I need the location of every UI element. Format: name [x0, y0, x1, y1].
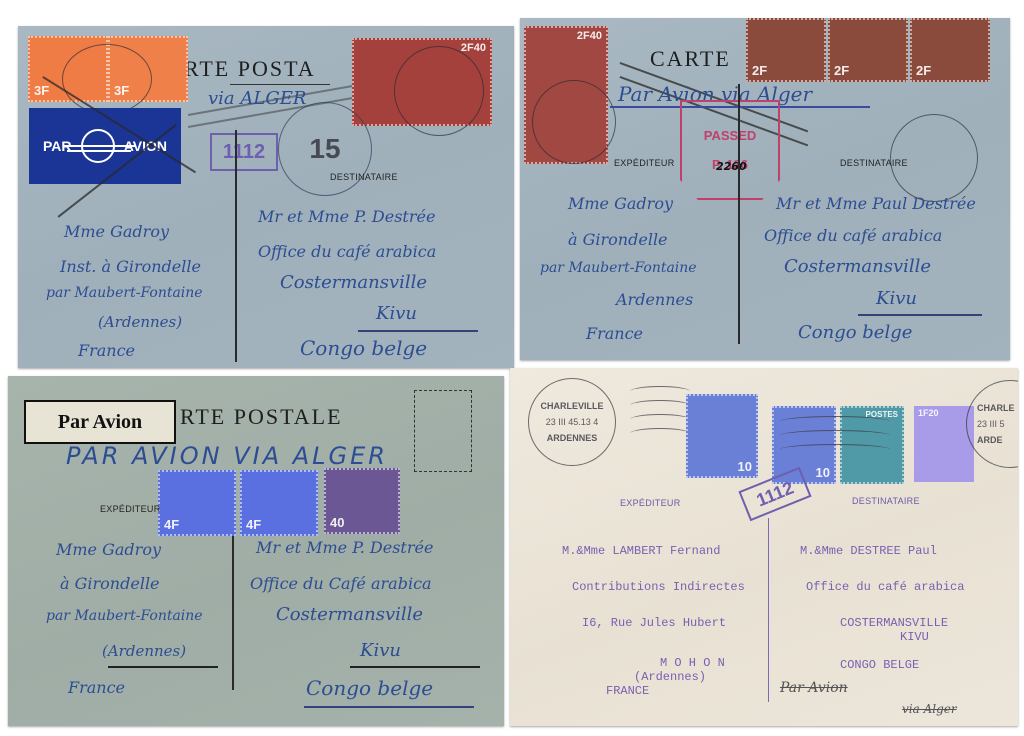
sender-line: France — [78, 341, 135, 360]
sender-label: EXPÉDITEUR — [620, 498, 681, 508]
cancel-wave — [780, 430, 890, 441]
title-underline — [230, 84, 330, 85]
divider — [738, 84, 740, 344]
card-title: RTE POSTA — [184, 56, 316, 82]
cancel-wave — [780, 444, 890, 455]
divider — [235, 130, 237, 362]
recipient-line: Office du café arabica — [764, 226, 942, 245]
recipient-line: CONGO BELGE — [840, 658, 919, 672]
handwritten-note: via Alger — [902, 702, 957, 716]
stamp-placeholder-box — [414, 390, 472, 472]
stamp-imprinted: 1F20 — [914, 406, 974, 482]
cancel-wave — [630, 386, 690, 397]
sender-line: Mme Gadroy — [64, 222, 169, 241]
recipient-label: DESTINATAIRE — [330, 172, 398, 182]
recipient-line: Office du Café arabica — [250, 574, 432, 593]
sender-line: par Maubert-Fontaine — [540, 260, 697, 276]
sender-line: France — [586, 324, 643, 343]
postcard-4: CHARLEVILLE 23 III 45.13 4 ARDENNES 10 1… — [510, 368, 1018, 726]
air-mail-label: PAR AVION — [29, 108, 181, 184]
sender-line: Contributions Indirectes — [572, 580, 745, 594]
stamp: 4F — [158, 470, 236, 536]
cancel-wave — [630, 414, 690, 425]
recipient-label: DESTINATAIRE — [840, 158, 908, 168]
sender-line: par Maubert-Fontaine — [46, 285, 203, 301]
cancel-wave — [630, 428, 690, 439]
underline — [304, 706, 474, 708]
postmark — [62, 44, 152, 114]
globe-wings-icon — [81, 129, 115, 163]
route-handwritten: PAR AVION VIA ALGER — [66, 442, 388, 470]
recipient-line: Kivu — [376, 303, 417, 324]
postcard-2: CARTE 2F40 2F 2F 2F Par Avion via Alger … — [520, 18, 1010, 360]
card-title: RTE POSTALE — [180, 404, 343, 430]
sender-label: EXPÉDITEUR — [614, 158, 675, 168]
recipient-line: Mr et Mme Paul Destrée — [776, 194, 976, 213]
sender-line: à Girondelle — [60, 574, 160, 593]
sender-line: par Maubert-Fontaine — [46, 608, 203, 624]
stamp: 2F — [828, 18, 908, 82]
recipient-label: DESTINATAIRE — [852, 496, 920, 506]
recipient-line: Costermansville — [276, 604, 423, 625]
recipient-line: Mr et Mme P. Destrée — [256, 538, 433, 557]
recipient-line: M.&Mme DESTREE Paul — [800, 544, 937, 558]
stamp: 2F — [746, 18, 826, 82]
cancel-wave — [630, 400, 690, 411]
divider — [232, 536, 234, 690]
recipient-line: Kivu — [360, 640, 401, 661]
recipient-line: Kivu — [876, 288, 917, 309]
postcard-1: RTE POSTA 3F 3F PAR AVION via ALGER 2F40… — [18, 26, 514, 368]
sender-line: Mme Gadroy — [56, 540, 161, 559]
sender-line: M.&Mme LAMBERT Fernand — [562, 544, 720, 558]
recipient-line: Congo belge — [306, 676, 433, 700]
sender-line: FRANCE — [606, 684, 649, 698]
cancel-wave — [780, 416, 890, 427]
sender-line: Inst. à Girondelle — [60, 257, 201, 276]
divider — [768, 518, 769, 702]
censor-number: 2260 — [716, 160, 747, 173]
censor-box-stamp: 1112 — [210, 133, 278, 171]
underline — [858, 314, 982, 316]
stamp: 40 — [324, 468, 400, 534]
recipient-line: Office du café arabica — [806, 580, 964, 594]
recipient-line: Office du café arabica — [258, 242, 436, 261]
sender-line: (Ardennes) — [634, 670, 706, 684]
recipient-line: KIVU — [900, 630, 929, 644]
stamp: 10 — [686, 394, 758, 478]
postcard-3: Par Avion RTE POSTALE PAR AVION VIA ALGE… — [8, 376, 504, 726]
underline — [358, 330, 478, 332]
postmark-left: CHARLEVILLE 23 III 45.13 4 ARDENNES — [528, 378, 616, 466]
recipient-line: Congo belge — [798, 322, 912, 343]
sender-line: Ardennes — [616, 290, 693, 309]
recipient-line: COSTERMANSVILLE — [840, 616, 948, 630]
sender-line: M O H O N — [660, 656, 725, 670]
route-handwritten: via ALGER — [208, 88, 306, 109]
sender-line: I6, Rue Jules Hubert — [582, 616, 726, 630]
recipient-line: Costermansville — [784, 256, 931, 277]
recipient-line: Mr et Mme P. Destrée — [258, 207, 435, 226]
underline — [108, 666, 218, 668]
stamp: 2F — [910, 18, 990, 82]
sender-line: (Ardennes) — [98, 313, 182, 331]
recipient-line: Congo belge — [300, 336, 427, 360]
postmark — [394, 46, 484, 136]
air-mail-label: Par Avion — [24, 400, 176, 444]
censor-passed-stamp: PASSED P. 126 — [680, 100, 780, 200]
sender-label: EXPÉDITEUR — [100, 504, 161, 514]
recipient-line: Costermansville — [280, 272, 427, 293]
card-title: CARTE — [650, 46, 731, 72]
sender-line: Mme Gadroy — [568, 194, 673, 213]
postmark — [532, 80, 616, 164]
sender-line: (Ardennes) — [102, 642, 186, 660]
underline — [350, 666, 480, 668]
stamp: 4F — [240, 470, 318, 536]
handwritten-note: Par Avion — [780, 680, 848, 696]
sender-line: France — [68, 678, 125, 697]
sender-line: à Girondelle — [568, 230, 668, 249]
